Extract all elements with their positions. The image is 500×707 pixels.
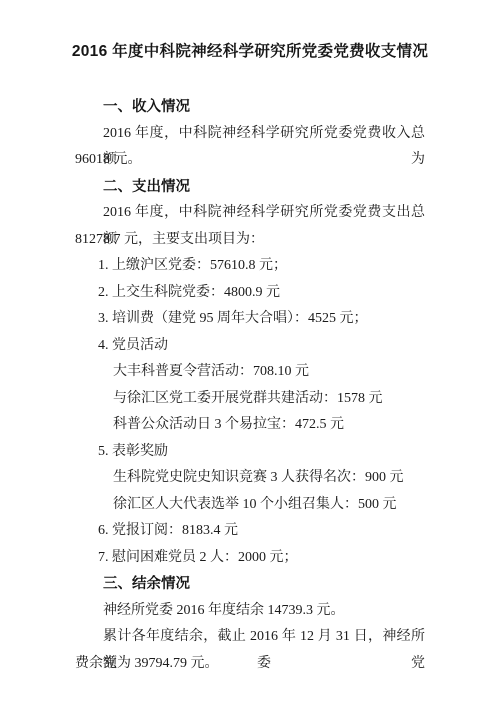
expense-item-1: 1. 上缴沪区党委：57610.8 元； xyxy=(75,253,425,280)
document-page: 2016 年度中科院神经科学研究所党委党费收支情况 一、收入情况 2016 年度… xyxy=(0,0,500,707)
expense-item-3: 3. 培训费（建党 95 周年大合唱）：4525 元； xyxy=(75,306,425,333)
expense-item-5: 5. 表彰奖励 xyxy=(75,439,425,466)
document-body: 一、收入情况 2016 年度，中科院神经科学研究所党委党费收入总额为 96018… xyxy=(75,94,425,677)
expense-paragraph-line-2: 81278.7 元，主要支出项目为： xyxy=(75,227,425,254)
section-heading-balance: 三、结余情况 xyxy=(75,571,425,598)
expense-item-4-sub-2: 与徐汇区党工委开展党群共建活动：1578 元 xyxy=(75,386,425,413)
expense-item-6: 6. 党报订阅：8183.4 元 xyxy=(75,518,425,545)
section-heading-income: 一、收入情况 xyxy=(75,94,425,121)
balance-paragraph-2-line-1: 累计各年度结余，截止 2016 年 12 月 31 日，神经所党委党 xyxy=(75,624,425,651)
expense-item-2: 2. 上交生科院党委：4800.9 元 xyxy=(75,280,425,307)
expense-paragraph-line-1: 2016 年度，中科院神经科学研究所党委党费支出总额 xyxy=(75,200,425,227)
balance-paragraph-1: 神经所党委 2016 年度结余 14739.3 元。 xyxy=(75,598,425,625)
expense-item-7: 7. 慰问困难党员 2 人：2000 元； xyxy=(75,545,425,572)
expense-item-5-sub-2: 徐汇区人大代表选举 10 个小组召集人：500 元 xyxy=(75,492,425,519)
expense-item-4: 4. 党员活动 xyxy=(75,333,425,360)
document-title: 2016 年度中科院神经科学研究所党委党费收支情况 xyxy=(0,42,500,62)
income-paragraph-line-1: 2016 年度，中科院神经科学研究所党委党费收入总额为 xyxy=(75,121,425,148)
expense-item-4-sub-1: 大丰科普夏令营活动：708.10 元 xyxy=(75,359,425,386)
expense-item-5-sub-1: 生科院党史院史知识竞赛 3 人获得名次：900 元 xyxy=(75,465,425,492)
expense-item-4-sub-3: 科普公众活动日 3 个易拉宝：472.5 元 xyxy=(75,412,425,439)
section-heading-expense: 二、支出情况 xyxy=(75,174,425,201)
